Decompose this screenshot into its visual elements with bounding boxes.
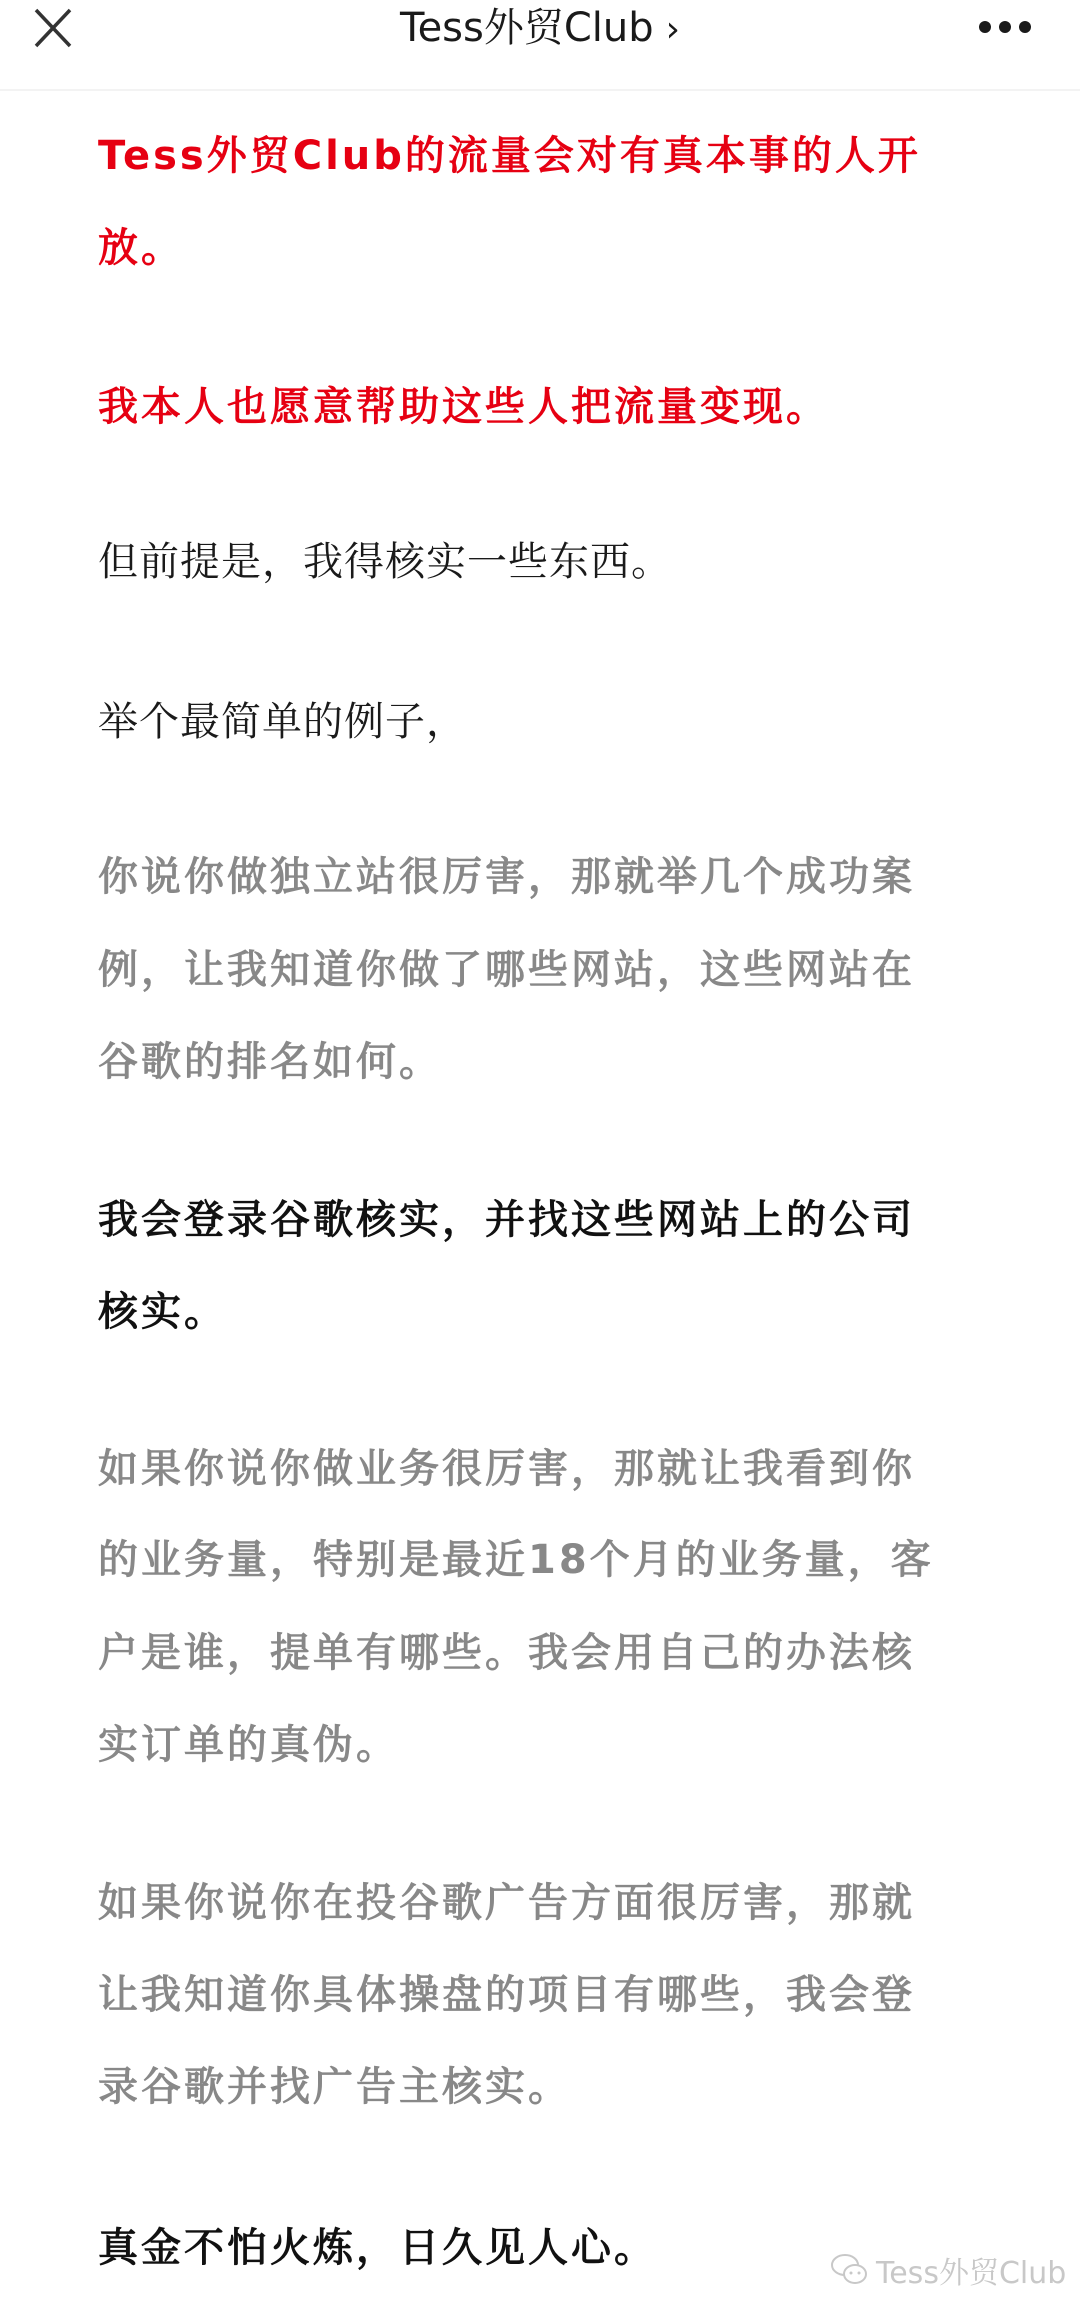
paragraph-line: 如果你说你在投谷歌广告方面很厉害，那就 <box>98 1877 915 1929</box>
paragraph-line: 例，让我知道你做了哪些网站，这些网站在 <box>98 944 915 996</box>
paragraph-line: 举个最简单的例子， <box>98 696 467 748</box>
paragraph-line: Tess外贸Club的流量会对有真本事的人开 <box>98 130 921 182</box>
more-icon <box>979 21 991 33</box>
paragraph-line: 但前提是，我得核实一些东西。 <box>98 536 672 588</box>
paragraph-line: 谷歌的排名如何。 <box>98 1036 442 1088</box>
watermark: Tess外贸Club <box>830 2248 1066 2292</box>
paragraph-line: 我本人也愿意帮助这些人把流量变现。 <box>98 381 829 433</box>
paragraph-line: 让我知道你具体操盘的项目有哪些，我会登 <box>98 1969 915 2021</box>
top-bar: Tess外贸Club› <box>0 0 1080 91</box>
more-button[interactable] <box>975 14 1035 40</box>
more-icon-dot <box>1019 21 1031 33</box>
account-name: Tess外贸Club <box>400 5 654 51</box>
account-title-link[interactable]: Tess外贸Club› <box>0 4 1080 54</box>
chevron-right-icon: › <box>666 9 680 50</box>
watermark-text: Tess外贸Club <box>876 2248 1066 2292</box>
paragraph-line: 核实。 <box>98 1286 227 1338</box>
paragraph-line: 录谷歌并找广告主核实。 <box>98 2061 571 2113</box>
paragraph-line: 的业务量，特别是最近18个月的业务量，客 <box>98 1534 934 1586</box>
paragraph-line: 如果你说你做业务很厉害，那就让我看到你 <box>98 1443 915 1495</box>
paragraph-line: 真金不怕火炼，日久见人心。 <box>98 2222 657 2274</box>
paragraph-line: 我会登录谷歌核实，并找这些网站上的公司 <box>98 1194 915 1246</box>
paragraph-line: 放。 <box>98 222 184 274</box>
paragraph-line: 实订单的真伪。 <box>98 1719 399 1771</box>
paragraph-line: 户是谁，提单有哪些。我会用自己的办法核 <box>98 1627 915 1679</box>
more-icon-dot <box>999 21 1011 33</box>
paragraph-line: 你说你做独立站很厉害，那就举几个成功案 <box>98 851 915 903</box>
wechat-icon <box>830 2252 870 2288</box>
